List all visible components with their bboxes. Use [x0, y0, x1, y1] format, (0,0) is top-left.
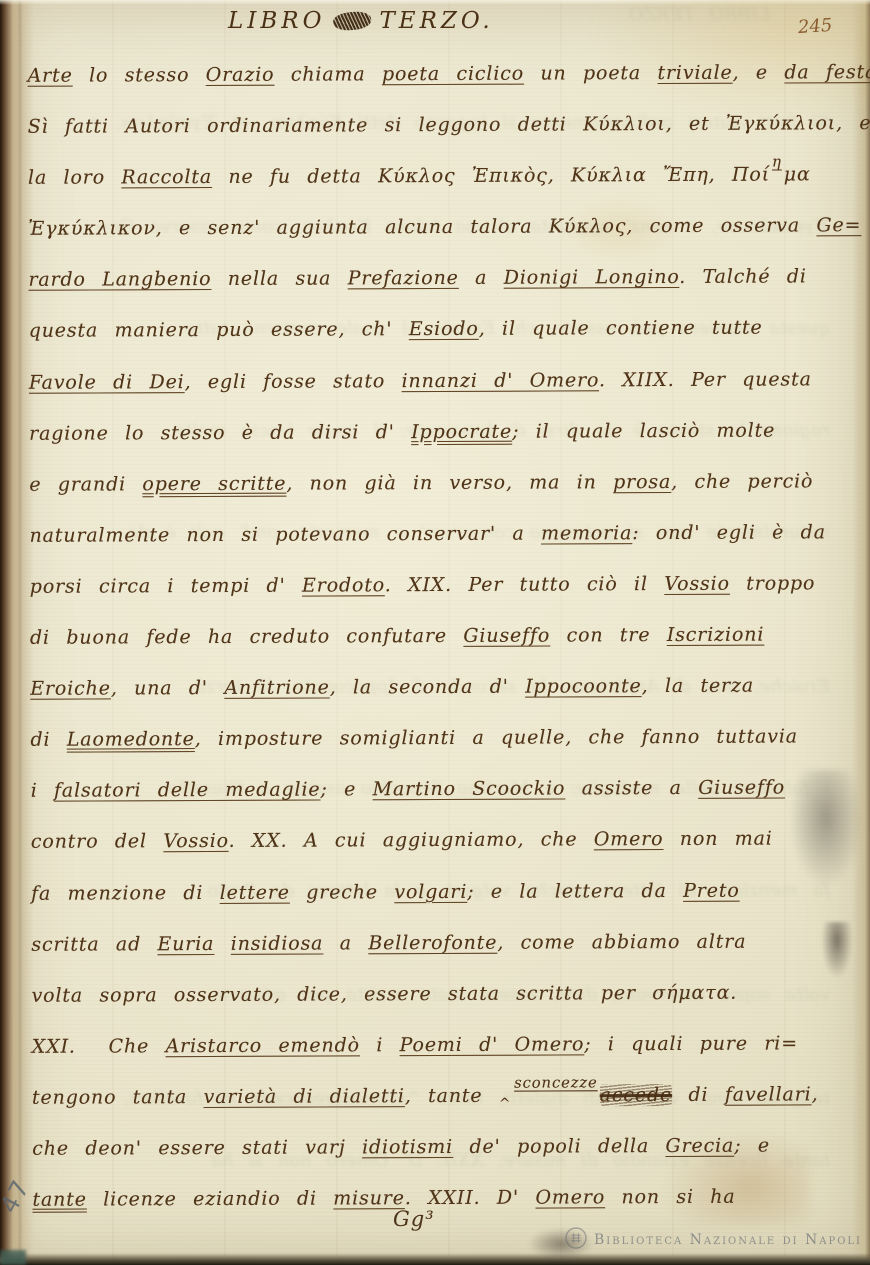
manuscript-text: Orazio: [206, 64, 275, 86]
manuscript-line: che deon' essere stati varj idiotismi de…: [32, 1120, 848, 1175]
manuscript-text: fa menzione di: [31, 881, 220, 904]
manuscript-text: Eroiche: [30, 678, 111, 700]
manuscript-text: rardo Langbenio: [28, 268, 211, 291]
manuscript-text: Omero: [594, 828, 664, 850]
manuscript-text: , tante: [405, 1085, 499, 1107]
manuscript-text: ne fu detta Κύκλος Ἐπικὸς, Κύκλια Ἔπη, Π…: [212, 164, 770, 188]
page-title: LIBRO TERZO.: [228, 8, 494, 34]
manuscript-text: memoria: [541, 522, 632, 544]
manuscript-text: greche: [290, 881, 395, 903]
manuscript-text: ^: [499, 1079, 512, 1130]
inserted-word: η: [772, 137, 782, 188]
manuscript-text: Martino Scoockio: [373, 778, 566, 801]
manuscript-line: XXI. Che Aristarco emendò i Poemi d' Ome…: [32, 1018, 848, 1073]
manuscript-text: Prefazione: [348, 267, 459, 289]
manuscript-text: Giuseffo: [463, 625, 550, 647]
manuscript-text: ; e: [320, 779, 372, 801]
manuscript-text: , e: [733, 61, 785, 83]
manuscript-text: de' popoli della: [453, 1135, 666, 1158]
manuscript-text: XXI. Che: [32, 1035, 166, 1058]
title-deleted-word-scribble: [333, 10, 372, 31]
quire-signature: Gg³: [393, 1207, 435, 1231]
manuscript-text: lo stesso: [73, 64, 206, 87]
manuscript-text: triviale: [657, 62, 732, 84]
manuscript-text: , non già in verso, ma in: [286, 471, 613, 494]
manuscript-text: la loro: [28, 167, 121, 189]
manuscript-text: Sì fatti Autori ordinariamente si leggon…: [28, 112, 870, 138]
manuscript-text: idiotismi: [362, 1136, 453, 1158]
manuscript-text: di: [30, 729, 66, 751]
manuscript-text: favellari: [725, 1083, 812, 1105]
manuscript-line: rardo Langbenio nella sua Prefazione a D…: [28, 252, 844, 307]
manuscript-text: Ἐγκύκλικον, e senz' aggiunta alcuna talo…: [28, 215, 816, 240]
manuscript-text: prosa: [613, 471, 671, 493]
page-bottom-edge: [0, 1253, 870, 1265]
manuscript-text: ,: [811, 1083, 818, 1105]
manuscript-text: che deon' essere stati varj: [32, 1136, 362, 1159]
manuscript-text: Giuseffo: [698, 777, 785, 799]
manuscript-text: naturalmente non si potevano conservar' …: [30, 522, 542, 546]
corner-mark: [0, 1250, 26, 1265]
manuscript-text: licenze eziandio di: [87, 1188, 334, 1211]
manuscript-text: , la terza: [642, 675, 754, 697]
manuscript-line: scritta ad Euria insidiosa a Bellerofont…: [31, 916, 847, 971]
manuscript-line: fa menzione di lettere greche volgari; e…: [31, 865, 847, 920]
manuscript-text: e grandi: [29, 473, 142, 495]
manuscript-line: contro del Vossio. XX. A cui aggiugniamo…: [31, 814, 847, 869]
manuscript-line: la loro Raccolta ne fu detta Κύκλος Ἐπικ…: [28, 149, 844, 204]
manuscript-text: Bellerofonte: [368, 931, 497, 954]
manuscript-text: falsatori delle medaglie: [54, 779, 321, 802]
manuscript-text: . XXII. D': [405, 1187, 536, 1210]
manuscript-text: Erodoto: [302, 574, 385, 596]
library-logo-icon: [564, 1226, 588, 1254]
manuscript-text: ; e la lettera da: [467, 879, 683, 902]
manuscript-text: , come abbiamo altra: [497, 930, 746, 953]
manuscript-text: con tre: [550, 624, 667, 647]
manuscript-text: , imposture somiglianti a quelle, che fa…: [195, 726, 798, 751]
manuscript-line: Eroiche, una d' Anfitrione, la seconda d…: [30, 660, 846, 715]
manuscript-text: Vossio: [664, 573, 730, 595]
manuscript-line: Sì fatti Autori ordinariamente si leggon…: [28, 98, 844, 153]
manuscript-text: Aristarco emendò: [166, 1034, 360, 1057]
manuscript-text: . XIIX. Per questa: [599, 368, 812, 391]
manuscript-text: lettere: [220, 881, 290, 903]
manuscript-line: Favole di Dei, egli fosse stato innanzi …: [29, 354, 845, 409]
manuscript-line: naturalmente non si potevano conservar' …: [29, 507, 845, 562]
manuscript-text: i: [360, 1034, 400, 1056]
manuscript-text: ; e: [734, 1135, 770, 1157]
manuscript-text: non mai: [663, 828, 772, 850]
manuscript-text: , il quale contiene tutte: [479, 317, 763, 340]
manuscript-text: [214, 933, 231, 955]
manuscript-text: nella sua: [211, 268, 347, 291]
page-fore-edge: [852, 0, 870, 1265]
manuscript-line: tante licenze eziandio di misure. XXII. …: [32, 1171, 848, 1226]
manuscript-text: chiama: [274, 63, 382, 85]
page-top-edge: [0, 0, 870, 5]
manuscript-text: Ippocoonte: [525, 675, 642, 698]
manuscript-text: assiste a: [565, 777, 698, 800]
library-watermark: Biblioteca Nazionale di Napoli: [564, 1226, 862, 1254]
inserted-word: sconcezze: [514, 1057, 598, 1108]
manuscript-line: volta sopra osservato, dice, essere stat…: [31, 967, 847, 1022]
manuscript-text: Favole di Dei: [29, 371, 185, 394]
manuscript-text: Esiodo: [409, 318, 479, 340]
manuscript-text: Preto: [683, 879, 740, 901]
manuscript-text-block: Arte lo stesso Orazio chiama poeta cicli…: [27, 47, 848, 1226]
manuscript-line: Ἐγκύκλικον, e senz' aggiunta alcuna talo…: [28, 201, 844, 256]
manuscript-text: . Talché di: [679, 266, 807, 289]
manuscript-text: volgari: [394, 880, 467, 902]
gutter-crease: [19, 0, 21, 1265]
manuscript-text: troppo: [730, 572, 816, 594]
manuscript-text: ; i quali pure ri=: [584, 1032, 798, 1055]
title-word-libro: LIBRO: [228, 8, 325, 34]
manuscript-text: Vossio: [163, 830, 228, 852]
manuscript-text: poeta ciclico: [382, 63, 524, 86]
manuscript-line: i falsatori delle medaglie; e Martino Sc…: [31, 763, 847, 818]
manuscript-line: ragione lo stesso è da dirsi d' Ippocrat…: [29, 405, 845, 460]
manuscript-text: a: [323, 932, 368, 954]
manuscript-text: Raccolta: [121, 166, 212, 188]
manuscript-text: . XX. A cui aggiugniamo, che: [229, 829, 594, 853]
manuscript-line: questa maniera può essere, ch' Esiodo, i…: [29, 303, 845, 358]
manuscript-text: contro del: [31, 831, 164, 854]
manuscript-text: Iscrizioni: [667, 624, 765, 646]
manuscript-text: Omero: [535, 1186, 605, 1208]
folio-number: 245: [797, 15, 833, 38]
manuscript-text: questa maniera può essere, ch': [29, 319, 409, 343]
title-word-terzo: TERZO.: [379, 8, 493, 34]
struck-word: accede: [600, 1084, 673, 1106]
manuscript-text: di: [672, 1084, 725, 1106]
manuscript-text: , che perciò: [671, 470, 813, 493]
manuscript-line: porsi circa i tempi d' Erodoto. XIX. Per…: [30, 558, 846, 613]
manuscript-line: di Laomedonte, imposture somiglianti a q…: [30, 711, 846, 766]
manuscript-text: i: [31, 780, 54, 802]
manuscript-text: Ippocrate: [411, 420, 512, 442]
manuscript-text: un poeta: [524, 62, 658, 85]
manuscript-text: a: [459, 267, 504, 289]
manuscript-text: Anfitrione: [224, 677, 329, 699]
manuscript-text: Grecia: [665, 1135, 734, 1157]
manuscript-text: , una d': [111, 677, 225, 699]
manuscript-text: da festa: [784, 61, 870, 83]
manuscript-text: varietà di dialetti: [204, 1085, 405, 1108]
manuscript-text: non si ha: [605, 1186, 736, 1209]
manuscript-text: , egli fosse stato: [185, 370, 402, 393]
manuscript-text: ragione lo stesso è da dirsi d': [29, 421, 411, 445]
manuscript-text: porsi circa i tempi d': [30, 575, 302, 598]
manuscript-text: , la seconda d': [330, 676, 526, 699]
manuscript-text: insidiosa: [231, 932, 324, 954]
manuscript-text: Ge=: [816, 214, 861, 236]
library-name: Biblioteca Nazionale di Napoli: [594, 1232, 862, 1248]
manuscript-text: opere scritte: [142, 472, 286, 495]
manuscript-text: : ond' egli è da: [632, 521, 826, 544]
manuscript-line: di buona fede ha creduto confutare Giuse…: [30, 609, 846, 664]
manuscript-text: Poemi d' Omero: [400, 1033, 585, 1056]
manuscript-text: . XIX. Per tutto ciò il: [385, 573, 665, 596]
manuscript-text: di buona fede ha creduto confutare: [30, 625, 463, 649]
manuscript-text: Laomedonte: [67, 728, 195, 751]
manuscript-line: e grandi opere scritte, non già in verso…: [29, 456, 845, 511]
manuscript-text: Dionigi Longino: [504, 266, 680, 289]
manuscript-line: Arte lo stesso Orazio chiama poeta cicli…: [27, 47, 843, 102]
manuscript-text: tengono tanta: [32, 1086, 204, 1109]
manuscript-text: volta sopra osservato, dice, essere stat…: [32, 981, 738, 1006]
manuscript-text: μα: [784, 164, 811, 186]
manuscript-line: tengono tanta varietà di dialetti, tante…: [32, 1069, 848, 1124]
manuscript-text: innanzi d' Omero: [402, 369, 599, 392]
manuscript-text: scritta ad: [31, 933, 157, 956]
manuscript-text: ; il quale lasciò molte: [512, 419, 775, 442]
manuscript-text: Euria: [157, 933, 214, 955]
manuscript-text: Arte: [28, 65, 73, 87]
manuscript-text: tante: [32, 1189, 86, 1211]
